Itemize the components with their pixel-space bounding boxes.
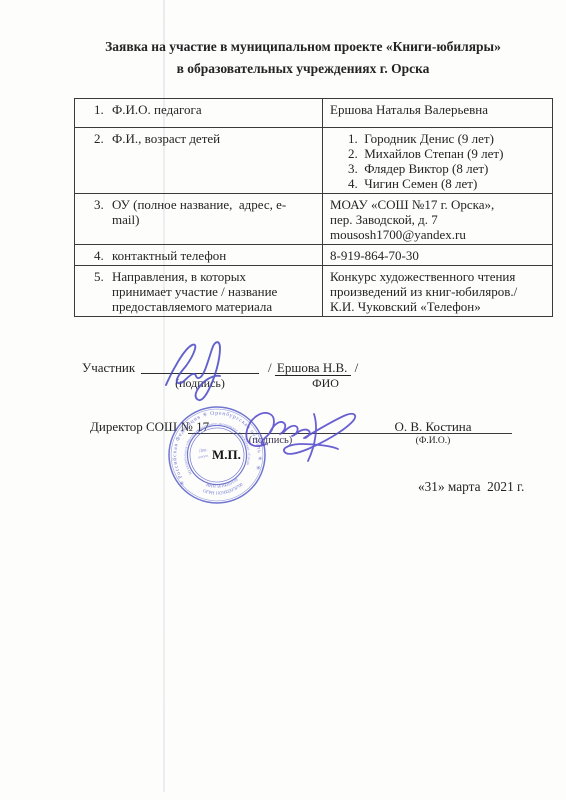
- table-row: 4.контактный телефон 8-919-864-70-30: [75, 245, 553, 266]
- stamp-center-text-2: докум.: [198, 453, 209, 459]
- seal-mark: М.П.: [212, 447, 241, 463]
- slash: /: [355, 360, 359, 375]
- scanned-document: Заявка на участие в муниципальном проект…: [0, 0, 566, 800]
- participant-label: Участник: [82, 360, 135, 376]
- document-title: Заявка на участие в муниципальном проект…: [72, 39, 534, 77]
- title-line-2: в образовательных учреждениях г. Орска: [72, 61, 534, 77]
- stamp-center-text-1: Дир.: [199, 447, 208, 453]
- slash: /: [268, 360, 272, 375]
- participant-name: Ершова Н.В.: [275, 360, 352, 376]
- row-value-cell: МОАУ «СОШ №17 г. Орска», пер. Заводской,…: [323, 194, 553, 245]
- row-label: Ф.И.О. педагога: [112, 102, 316, 117]
- stamp-star-left: ✳: [179, 480, 185, 488]
- row-label: Ф.И., возраст детей: [112, 131, 316, 146]
- row-label-cell: 1.Ф.И.О. педагога: [75, 99, 323, 128]
- title-line-1: Заявка на участие в муниципальном проект…: [72, 39, 534, 55]
- participant-name-group: / Ершова Н.В. /: [268, 360, 358, 376]
- row-value-cell: Конкурс художественного чтения произведе…: [323, 266, 553, 317]
- table-row: 5.Направления, в которых принимает участ…: [75, 266, 553, 317]
- row-label-cell: 4.контактный телефон: [75, 245, 323, 266]
- participant-name-caption: ФИО: [283, 376, 368, 391]
- row-number: 2.: [94, 131, 112, 146]
- row-number: 4.: [94, 248, 112, 263]
- row-label-cell: 2.Ф.И., возраст детей: [75, 128, 323, 194]
- row-label: Направления, в которых принимает участие…: [112, 269, 316, 314]
- row-value-cell: Ершова Наталья Валерьевна: [323, 99, 553, 128]
- table-row: 1.Ф.И.О. педагога Ершова Наталья Валерье…: [75, 99, 553, 128]
- row-value-cell: 8-919-864-70-30: [323, 245, 553, 266]
- row-label: контактный телефон: [112, 248, 316, 263]
- director-name-caption: (Ф.И.О.): [383, 436, 483, 446]
- director-name: О. В. Костина: [383, 419, 483, 435]
- row-value-cell: 1. Городник Денис (9 лет) 2. Михайлов Ст…: [323, 128, 553, 194]
- row-number: 1.: [94, 102, 112, 117]
- row-label: ОУ (полное название, адрес, e- mail): [112, 197, 316, 227]
- application-table: 1.Ф.И.О. педагога Ершова Наталья Валерье…: [74, 98, 553, 317]
- row-label-cell: 5.Направления, в которых принимает участ…: [75, 266, 323, 317]
- table-row: 3.ОУ (полное название, адрес, e- mail) М…: [75, 194, 553, 245]
- row-number: 5.: [94, 269, 112, 314]
- date-line: «31» марта 2021 г.: [418, 479, 524, 495]
- row-number: 3.: [94, 197, 112, 227]
- participant-signature: [158, 335, 234, 403]
- row-label-cell: 3.ОУ (полное название, адрес, e- mail): [75, 194, 323, 245]
- stamp-star-right: ✳: [255, 465, 261, 473]
- director-signature: [240, 404, 362, 464]
- table-row: 2.Ф.И., возраст детей 1. Городник Денис …: [75, 128, 553, 194]
